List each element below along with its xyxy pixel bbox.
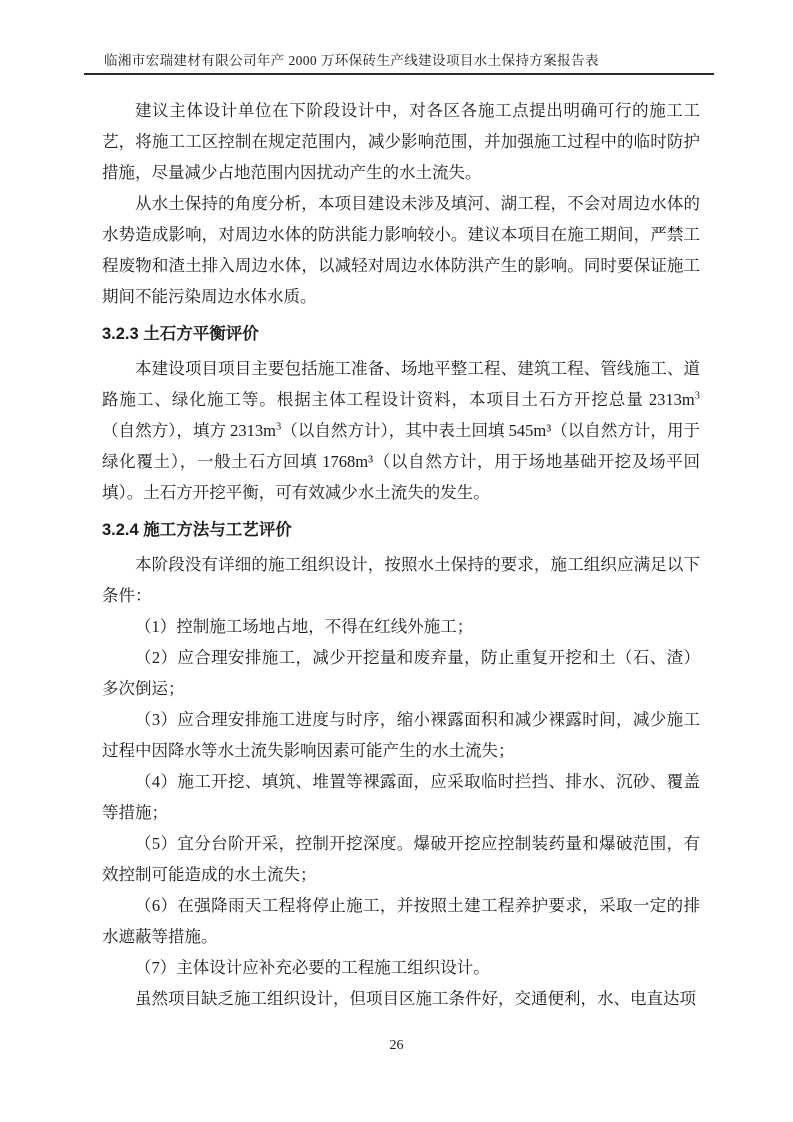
page-footer: 26 <box>0 1036 793 1054</box>
paragraph-project-conditions: 虽然项目缺乏施工组织设计，但项目区施工条件好，交通便利，水、电直达项 <box>102 983 700 1014</box>
superscript-cubed: 3 <box>695 391 700 402</box>
earthwork-text-1: 本建设项目项目主要包括施工准备、场地平整工程、建筑工程、管线施工、道路施工、绿化… <box>102 359 700 409</box>
list-item-1: （1）控制施工场地占地，不得在红线外施工； <box>102 611 700 642</box>
list-item-7: （7）主体设计应补充必要的工程施工组织设计。 <box>102 952 700 983</box>
paragraph-water-protection: 从水土保持的角度分析，本项目建设未涉及填河、湖工程，不会对周边水体的水势造成影响… <box>102 188 700 312</box>
page-number: 26 <box>390 1038 404 1053</box>
section-heading-3-2-3: 3.2.3 土石方平衡评价 <box>102 319 700 350</box>
page-header: 临湘市宏瑞建材有限公司年产 2000 万环保砖生产线建设项目水土保持方案报告表 <box>84 52 714 75</box>
document-body: 建议主体设计单位在下阶段设计中，对各区各施工点提出明确可行的施工工艺，将施工工区… <box>102 95 700 1014</box>
paragraph-construction-advice: 建议主体设计单位在下阶段设计中，对各区各施工点提出明确可行的施工工艺，将施工工区… <box>102 95 700 188</box>
paragraph-construction-conditions-intro: 本阶段没有详细的施工组织设计，按照水土保持的要求，施工组织应满足以下条件： <box>102 549 700 611</box>
list-item-6: （6）在强降雨天工程将停止施工，并按照土建工程养护要求，采取一定的排水遮蔽等措施… <box>102 890 700 952</box>
list-item-5: （5）宜分台阶开采，控制开挖深度。爆破开挖应控制装药量和爆破范围，有效控制可能造… <box>102 828 700 890</box>
list-item-2: （2）应合理安排施工，减少开挖量和废弃量，防止重复开挖和土（石、渣）多次倒运； <box>102 642 700 704</box>
list-item-3: （3）应合理安排施工进度与时序，缩小裸露面积和减少裸露时间，减少施工过程中因降水… <box>102 704 700 766</box>
earthwork-text-2: （自然方），填方 2313m <box>102 421 276 440</box>
header-title: 临湘市宏瑞建材有限公司年产 2000 万环保砖生产线建设项目水土保持方案报告表 <box>84 52 714 70</box>
document-page: 临湘市宏瑞建材有限公司年产 2000 万环保砖生产线建设项目水土保持方案报告表 … <box>0 0 793 1122</box>
list-item-4: （4）施工开挖、填筑、堆置等裸露面，应采取临时拦挡、排水、沉砂、覆盖等措施； <box>102 766 700 828</box>
paragraph-earthwork-balance: 本建设项目项目主要包括施工准备、场地平整工程、建筑工程、管线施工、道路施工、绿化… <box>102 353 700 508</box>
section-heading-3-2-4: 3.2.4 施工方法与工艺评价 <box>102 515 700 546</box>
